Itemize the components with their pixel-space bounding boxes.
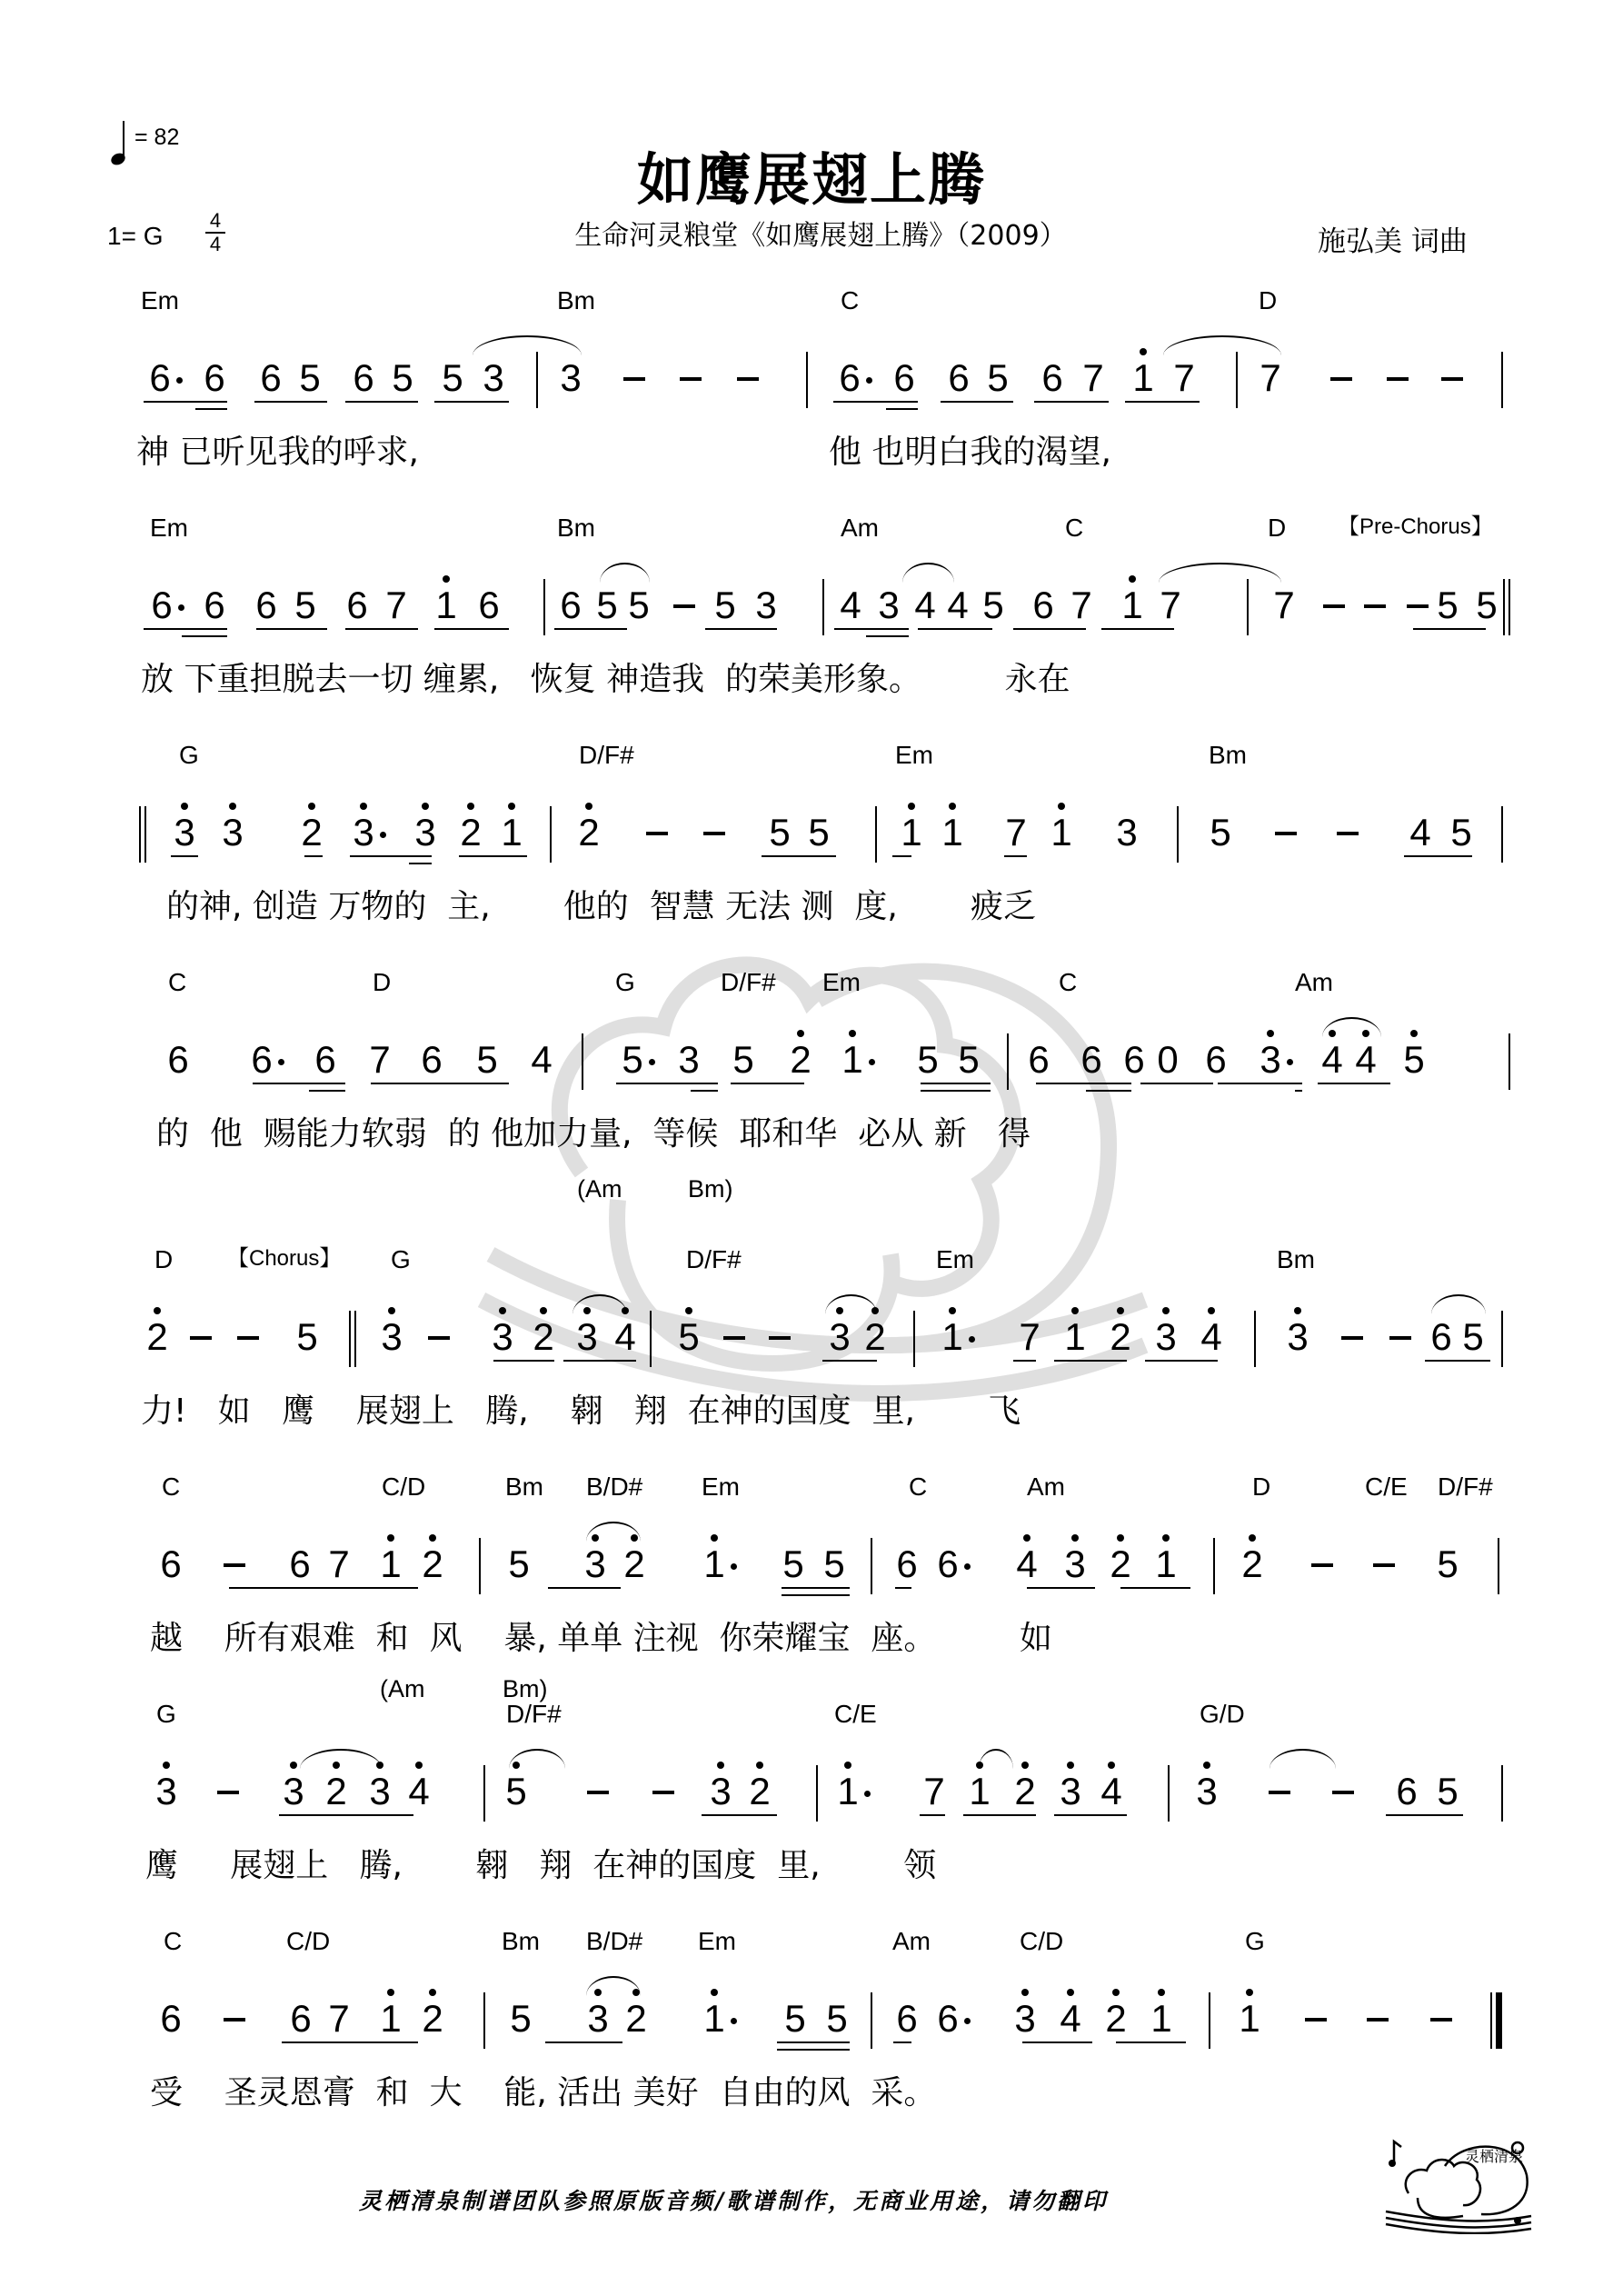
beam-underline <box>893 2041 911 2043</box>
note: 3 <box>571 1318 603 1356</box>
note: 3 <box>409 814 442 852</box>
note: 4 <box>834 586 867 624</box>
note: 4 <box>941 586 974 624</box>
high-octave-dot <box>1162 1307 1170 1314</box>
chord-symbol: Am <box>841 514 879 543</box>
note: 6 <box>891 1545 923 1583</box>
note: 2 <box>320 1772 353 1811</box>
high-octave-dot <box>443 575 450 583</box>
augmentation-dot <box>969 1336 975 1343</box>
note: 5 <box>727 1041 760 1079</box>
chord-symbol: G <box>391 1245 411 1274</box>
note: 1 <box>698 1545 731 1583</box>
beam-underline <box>866 635 909 637</box>
note: 1 <box>374 2000 407 2038</box>
barline <box>543 579 545 635</box>
note: 1 <box>1150 1545 1182 1583</box>
chord-symbol: Am <box>892 1927 931 1956</box>
note: 1 <box>1059 1318 1091 1356</box>
tie-arc <box>902 563 954 583</box>
section-marker: 【Pre-Chorus】 <box>1338 508 1493 540</box>
note: 1 <box>936 814 969 852</box>
beam-underline <box>616 1083 718 1084</box>
chord-symbol: G/D <box>1200 1700 1245 1729</box>
note: 6 <box>1200 1041 1232 1079</box>
note: 2 <box>416 1545 449 1583</box>
chord-symbol: Em <box>698 1927 736 1956</box>
barline <box>1501 1311 1503 1367</box>
chord-symbol: Em <box>822 968 861 997</box>
augmentation-dot <box>731 1563 737 1570</box>
beam-underline <box>782 1587 850 1589</box>
beam-underline <box>459 855 527 857</box>
note: 6 <box>1022 1041 1055 1079</box>
beam-underline <box>144 628 227 630</box>
note: 3 <box>1254 1041 1287 1079</box>
note: 5 <box>1431 1772 1464 1811</box>
chord-symbol: C <box>1065 514 1083 543</box>
note: 4 <box>1404 814 1437 852</box>
note: 3 <box>1009 2000 1041 2038</box>
chord-symbol: C <box>168 968 186 997</box>
note: 1 <box>374 1545 407 1583</box>
beam-underline <box>1425 1360 1490 1362</box>
section-marker: 【Chorus】 <box>227 1240 341 1272</box>
sustain-dash <box>217 1791 239 1794</box>
chord-symbol: Em <box>141 286 179 315</box>
chord-symbol: D <box>1268 514 1286 543</box>
note: 4 <box>1195 1318 1228 1356</box>
chord-symbol: C/D <box>382 1472 425 1502</box>
high-octave-dot <box>154 1307 161 1314</box>
note: 7 <box>363 1041 396 1079</box>
lyric-line: 放 下重担脱去一切 缠累, 恢复 神造我 的荣美形象。 永在 <box>141 654 1070 700</box>
augmentation-dot <box>178 604 184 611</box>
beam-underline <box>895 1587 911 1589</box>
beam-underline <box>304 855 323 857</box>
note: 4 <box>525 1041 558 1079</box>
alternate-chord: Bm) <box>688 1175 733 1203</box>
barline <box>1501 352 1503 408</box>
high-octave-dot <box>1023 1534 1031 1542</box>
beam-underline <box>554 628 627 630</box>
note: 5 <box>1470 586 1503 624</box>
note: 7 <box>1065 586 1098 624</box>
sustain-dash <box>652 1791 674 1794</box>
note: 7 <box>1013 1318 1046 1356</box>
note: 2 <box>859 1318 891 1356</box>
note: 5 <box>911 1041 944 1079</box>
high-octave-dot <box>711 1989 718 1996</box>
beam-underline <box>182 635 227 637</box>
note: 1 <box>430 586 463 624</box>
beam-underline <box>1036 1083 1131 1084</box>
note: 6 <box>891 2000 923 2038</box>
chord-symbol: G <box>156 1700 176 1729</box>
barline <box>822 579 824 635</box>
high-octave-dot <box>360 803 367 810</box>
beam-underline <box>702 1814 777 1816</box>
barline <box>1501 806 1503 863</box>
high-octave-dot <box>1071 1307 1079 1314</box>
barline <box>536 352 538 408</box>
beam-underline <box>434 628 509 630</box>
chord-symbol: Em <box>936 1245 974 1274</box>
barline <box>871 1538 872 1594</box>
note: 5 <box>1445 814 1478 852</box>
note: 5 <box>591 586 623 624</box>
composer-credit: 施弘美 词曲 <box>1318 218 1468 259</box>
note: 2 <box>295 814 328 852</box>
note: 5 <box>289 586 322 624</box>
beam-underline <box>921 1090 991 1092</box>
augmentation-dot <box>380 832 386 838</box>
beam-underline <box>338 1814 413 1816</box>
note: 5 <box>436 359 469 397</box>
beam-underline <box>886 408 918 410</box>
beam-underline <box>920 1814 945 1816</box>
note: 6 <box>245 1041 278 1079</box>
high-octave-dot <box>1162 1534 1170 1542</box>
note: 5 <box>1431 586 1464 624</box>
note: 5 <box>779 2000 811 2038</box>
chord-symbol: Em <box>702 1472 740 1502</box>
high-octave-dot <box>429 1989 436 1996</box>
high-octave-dot <box>1294 1307 1301 1314</box>
chord-symbol: D/F# <box>506 1700 562 1729</box>
barline <box>1209 1992 1210 2049</box>
note: 1 <box>1145 2000 1178 2038</box>
note: 5 <box>763 814 796 852</box>
augmentation-dot <box>1287 1059 1293 1065</box>
high-octave-dot <box>685 1307 692 1314</box>
high-octave-dot <box>1108 1762 1115 1769</box>
note: 3 <box>554 359 587 397</box>
note: 2 <box>527 1318 560 1356</box>
high-octave-dot <box>422 803 429 810</box>
note: 7 <box>1077 359 1110 397</box>
note: 6 <box>1027 586 1060 624</box>
sustain-dash <box>1373 1563 1395 1567</box>
chord-symbol: Bm <box>557 286 595 315</box>
note: 3 <box>486 1318 519 1356</box>
note: 2 <box>141 1318 174 1356</box>
double-barline <box>349 1311 356 1367</box>
chord-symbol: B/D# <box>586 1927 642 1956</box>
high-octave-dot <box>585 803 592 810</box>
augmentation-dot <box>964 2018 971 2024</box>
sustain-dash <box>1323 604 1345 608</box>
chord-symbol: Em <box>150 514 188 543</box>
beam-underline <box>777 2041 850 2043</box>
augmentation-dot <box>731 2018 737 2024</box>
note: 1 <box>698 2000 731 2038</box>
high-octave-dot <box>1071 1534 1079 1542</box>
beam-underline <box>691 1090 718 1092</box>
sustain-dash <box>1407 604 1429 608</box>
high-octave-dot <box>849 1030 856 1037</box>
final-barline <box>1490 1992 1503 2049</box>
barline <box>550 806 552 863</box>
beam-underline <box>1145 1360 1218 1362</box>
beam-underline <box>777 2049 850 2051</box>
augmentation-dot <box>964 1563 971 1570</box>
high-octave-dot <box>1129 575 1136 583</box>
high-octave-dot <box>163 1762 170 1769</box>
barline <box>479 1538 481 1594</box>
sustain-dash <box>1364 604 1386 608</box>
note: 5 <box>294 359 326 397</box>
beam-underline <box>782 1594 850 1596</box>
note: 5 <box>503 1545 535 1583</box>
note: 6 <box>162 1041 194 1079</box>
beam-underline <box>1004 855 1027 857</box>
sustain-dash <box>237 1336 259 1340</box>
high-octave-dot <box>1067 1989 1074 1996</box>
sustain-dash <box>673 604 695 608</box>
chord-symbol: C/D <box>286 1927 330 1956</box>
chord-symbol: C <box>162 1472 180 1502</box>
note: 6 <box>144 359 176 397</box>
high-octave-dot <box>1203 1762 1210 1769</box>
note: 3 <box>1190 1772 1223 1811</box>
note: 6 <box>341 586 373 624</box>
sustain-dash <box>1311 1563 1333 1567</box>
note: 6 <box>415 1041 448 1079</box>
note: 5 <box>1398 1041 1430 1079</box>
note: 1 <box>895 814 928 852</box>
beam-underline <box>195 408 227 410</box>
sustain-dash <box>1337 832 1359 835</box>
chord-symbol: C/D <box>1020 1927 1063 1956</box>
double-barline <box>1503 579 1510 635</box>
barline <box>1168 1765 1170 1822</box>
barline <box>871 1992 872 2049</box>
sustain-dash <box>646 832 668 835</box>
note: 2 <box>1236 1545 1269 1583</box>
time-signature-bottom: 4 <box>205 235 225 255</box>
note: 3 <box>375 1318 408 1356</box>
note: 4 <box>1349 1041 1382 1079</box>
high-octave-dot <box>1246 1989 1253 1996</box>
barline <box>483 1765 485 1822</box>
time-signature: 4 4 <box>205 211 225 255</box>
note: 7 <box>323 2000 355 2038</box>
high-octave-dot <box>1021 1989 1029 1996</box>
augmentation-dot <box>176 377 183 384</box>
beam-underline <box>822 1360 877 1362</box>
note: 3 <box>1110 814 1143 852</box>
sustain-dash <box>1389 1336 1411 1340</box>
high-octave-dot <box>1249 1534 1256 1542</box>
high-octave-dot <box>1117 1534 1124 1542</box>
note: 4 <box>1316 1041 1349 1079</box>
note: 5 <box>672 1318 705 1356</box>
high-octave-dot <box>415 1762 423 1769</box>
note: 3 <box>582 2000 614 2038</box>
note: 2 <box>1104 1318 1137 1356</box>
note: 2 <box>743 1772 776 1811</box>
note: 5 <box>616 1041 649 1079</box>
chord-symbol: C <box>164 1927 182 1956</box>
barline <box>1247 579 1249 635</box>
chord-symbol: G <box>615 968 635 997</box>
tie-arc <box>300 1749 382 1769</box>
beam-underline <box>1140 1083 1213 1084</box>
high-octave-dot <box>467 803 474 810</box>
high-octave-dot <box>756 1762 763 1769</box>
note: 4 <box>1095 1772 1128 1811</box>
note: 6 <box>145 586 178 624</box>
chord-symbol: C <box>841 286 859 315</box>
beam-underline <box>171 855 198 857</box>
beam-underline <box>345 401 418 403</box>
sustain-dash <box>587 1791 609 1794</box>
chord-symbol: D/F# <box>686 1245 742 1274</box>
barline <box>1177 806 1179 863</box>
sustain-dash <box>1341 1336 1363 1340</box>
note: 2 <box>416 2000 449 2038</box>
note: 1 <box>495 814 528 852</box>
beam-underline <box>144 401 227 403</box>
note: 5 <box>777 1545 810 1583</box>
barline <box>650 1311 652 1367</box>
high-octave-dot <box>1140 348 1147 355</box>
beam-underline <box>1386 1814 1463 1816</box>
note: 7 <box>1268 586 1300 624</box>
lyric-line: 神 已听见我的呼求, <box>136 426 419 473</box>
beam-underline <box>348 1587 418 1589</box>
sustain-dash <box>1330 377 1352 381</box>
note: 3 <box>823 1318 856 1356</box>
high-octave-dot <box>1117 1307 1124 1314</box>
beam-underline <box>545 2041 622 2043</box>
note: 5 <box>291 1318 324 1356</box>
sustain-dash <box>1275 832 1297 835</box>
chord-symbol: D <box>1252 1472 1270 1502</box>
chord-symbol: D <box>154 1245 173 1274</box>
beam-underline <box>1013 1360 1036 1362</box>
note: 3 <box>150 1772 183 1811</box>
beam-underline <box>1101 628 1174 630</box>
note: 6 <box>198 586 231 624</box>
double-barline <box>139 806 146 863</box>
chord-symbol: D/F# <box>579 741 634 770</box>
barline <box>816 1765 818 1822</box>
note: 6 <box>554 586 587 624</box>
sustain-dash <box>1430 2018 1452 2021</box>
note: 6 <box>154 2000 187 2038</box>
chord-symbol: D <box>1259 286 1277 315</box>
note: 6 <box>888 359 921 397</box>
note: 7 <box>918 1772 951 1811</box>
beam-underline <box>409 863 432 864</box>
high-octave-dot <box>308 803 315 810</box>
high-octave-dot <box>717 1762 724 1769</box>
tie-arc <box>1163 335 1281 355</box>
note: 3 <box>277 1772 310 1811</box>
note: 5 <box>977 586 1010 624</box>
note: 6 <box>284 2000 317 2038</box>
chord-symbol: Bm <box>505 1472 543 1502</box>
augmentation-dot <box>869 1059 875 1065</box>
beam-underline <box>918 628 992 630</box>
note: 3 <box>347 814 380 852</box>
note: 3 <box>872 586 905 624</box>
key-signature: 1= G <box>107 222 163 251</box>
tie-arc <box>979 1749 1013 1769</box>
sustain-dash <box>703 832 725 835</box>
note: 5 <box>981 359 1014 397</box>
beam-underline <box>1013 628 1086 630</box>
note: 2 <box>618 1545 651 1583</box>
note: 5 <box>471 1041 503 1079</box>
sustain-dash <box>737 377 759 381</box>
sustain-dash <box>1305 2018 1327 2021</box>
note: 7 <box>1168 359 1200 397</box>
tie-arc <box>1159 563 1281 583</box>
high-octave-dot <box>1058 803 1065 810</box>
beam-underline <box>892 855 911 857</box>
high-octave-dot <box>711 1534 718 1542</box>
beam-underline <box>921 1083 991 1084</box>
beam-underline <box>493 1360 554 1362</box>
note: 5 <box>386 359 419 397</box>
barline <box>582 1033 583 1090</box>
note: 7 <box>1000 814 1032 852</box>
song-title: 如鹰展翅上腾 <box>0 135 1623 215</box>
high-octave-dot <box>1112 1989 1120 1996</box>
note: 3 <box>1150 1318 1182 1356</box>
note: 6 <box>1075 1041 1108 1079</box>
chord-symbol: D/F# <box>721 968 776 997</box>
note: 6 <box>931 2000 964 2038</box>
sustain-dash <box>680 377 702 381</box>
note: 5 <box>821 2000 853 2038</box>
barline <box>1498 1538 1499 1594</box>
beam-underline <box>254 401 327 403</box>
alternate-chord: (Am <box>380 1675 425 1703</box>
lingqi-qingquan-logo-icon: 灵栖清泉 <box>1381 2125 1536 2234</box>
beam-underline <box>1022 2041 1092 2043</box>
high-octave-dot <box>508 803 515 810</box>
sustain-dash <box>723 1336 745 1340</box>
note: 3 <box>363 1772 396 1811</box>
beam-underline <box>563 1360 636 1362</box>
high-octave-dot <box>388 1307 395 1314</box>
note: 6 <box>347 359 380 397</box>
high-octave-dot <box>1158 1989 1165 1996</box>
beam-underline <box>350 855 432 857</box>
barline <box>1236 352 1238 408</box>
high-octave-dot <box>387 1534 394 1542</box>
high-octave-dot <box>844 1762 851 1769</box>
beam-underline <box>1027 1587 1095 1589</box>
high-octave-dot <box>797 1030 804 1037</box>
augmentation-dot <box>866 377 872 384</box>
sustain-dash <box>190 1336 212 1340</box>
tie-arc <box>586 1522 641 1542</box>
note: 7 <box>1154 586 1187 624</box>
note: 6 <box>931 1545 964 1583</box>
augmentation-dot <box>278 1059 284 1065</box>
lyric-line: 他 也明白我的渴望, <box>829 426 1111 473</box>
sustain-dash <box>769 1336 791 1340</box>
beam-underline <box>1116 2041 1186 2043</box>
note: 5 <box>1204 814 1237 852</box>
tie-arc <box>1322 1017 1381 1037</box>
barline <box>1213 1538 1215 1594</box>
